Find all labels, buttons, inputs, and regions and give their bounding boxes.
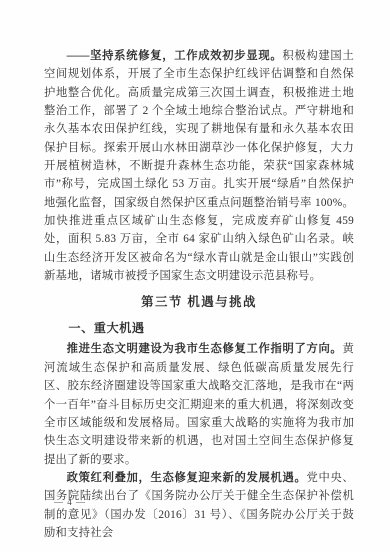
document-content: ——坚持系统修复，工作成效初步显现。积极构建国土空间规划体系，开展了全市生态保护… [44,47,354,542]
paragraph-policy-lead: 政策红利叠加，生态修复迎来新的发展机遇。 [67,472,307,484]
paragraph-achievements: ——坚持系统修复，工作成效初步显现。积极构建国土空间规划体系，开展了全市生态保护… [44,47,354,285]
paragraph-achievements-text: 积极构建国土空间规划体系，开展了全市生态保护红线评估调整和自然保护地整合优化。高… [44,50,354,282]
paragraph-achievements-lead: ——坚持系统修复，工作成效初步显现。 [67,50,283,62]
section-heading: 第三节 机遇与挑战 [44,293,354,312]
paragraph-opportunity-text: 黄河流域生态保护和高质量发展、绿色低碳高质量发展先行区、胶东经济圈建设等国家重大… [44,343,354,465]
paragraph-opportunity-lead: 推进生态文明建设为我市生态修复工作指明了方向。 [67,343,343,355]
paragraph-policy: 政策红利叠加，生态修复迎来新的发展机遇。党中央、国务院陆续出台了《国务院办公厅关… [44,469,354,542]
page-number: — 4 — [54,497,86,507]
paragraph-opportunity: 推进生态文明建设为我市生态修复工作指明了方向。黄河流域生态保护和高质量发展、绿色… [44,340,354,468]
subsection-heading: 一、重大机遇 [44,319,354,338]
document-page: ——坚持系统修复，工作成效初步显现。积极构建国土空间规划体系，开展了全市生态保护… [0,0,390,551]
